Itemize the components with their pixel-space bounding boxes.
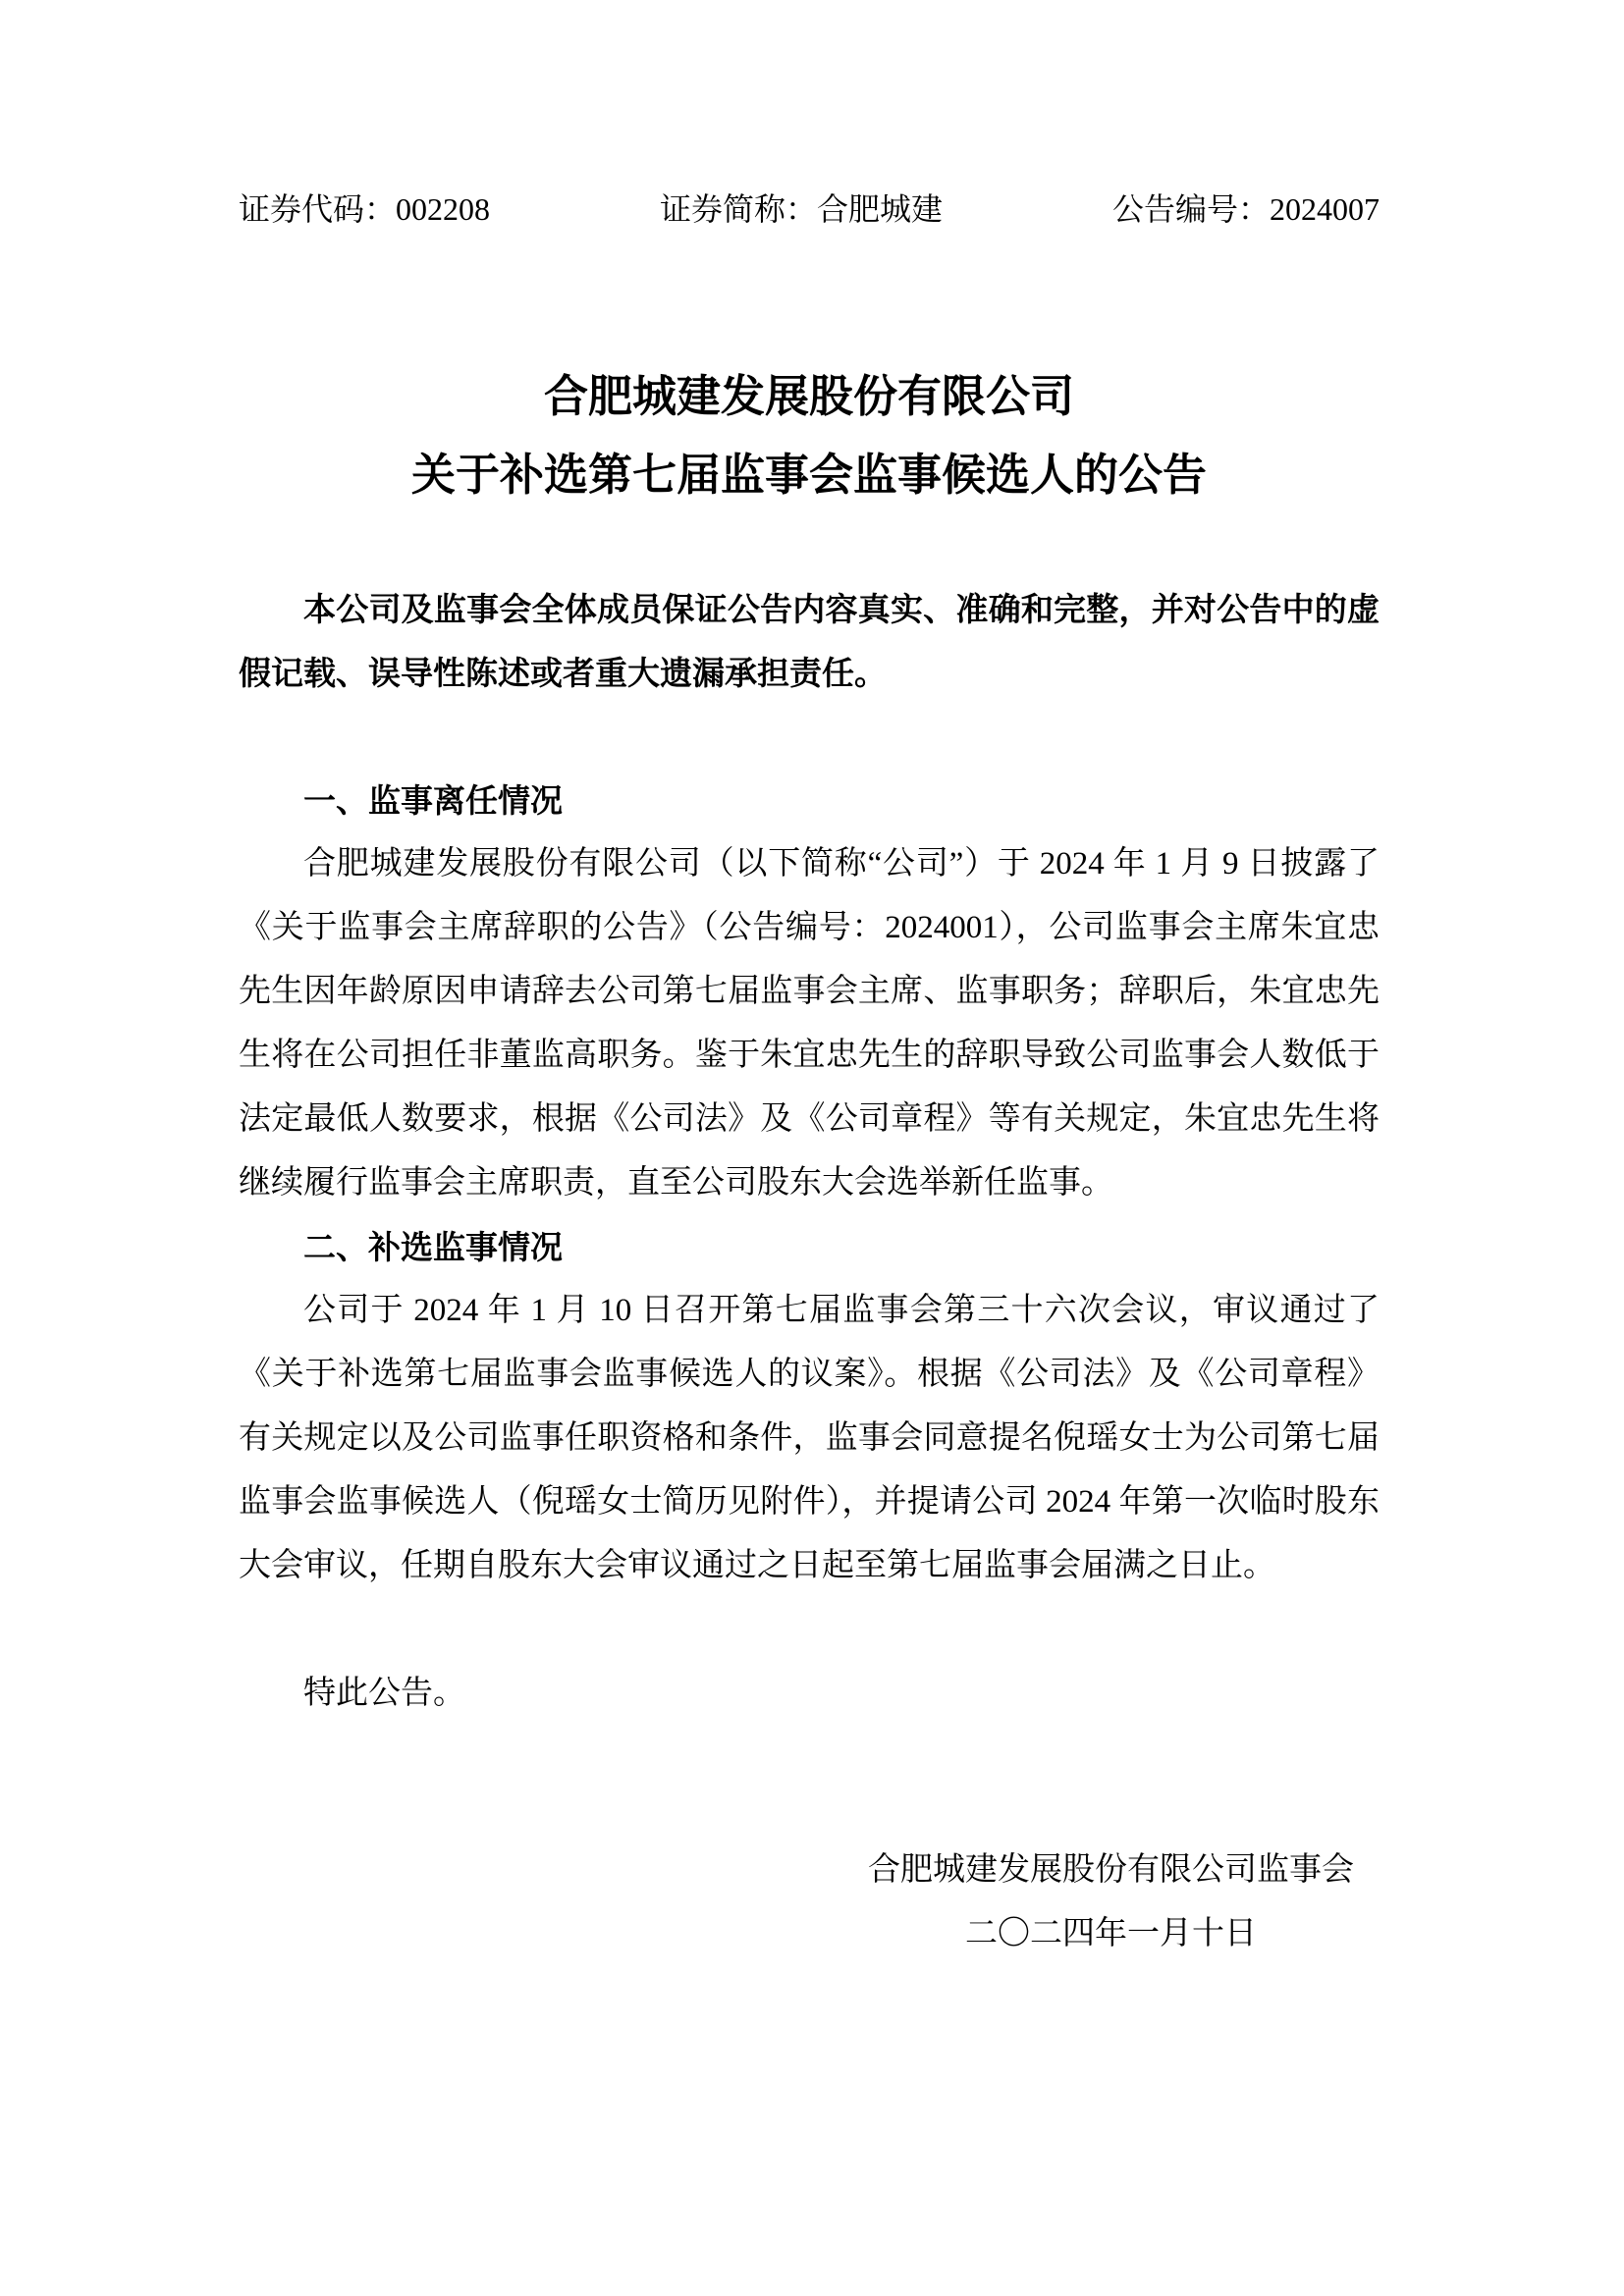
section-1-body: 合肥城建发展股份有限公司（以下简称“公司”）于 2024 年 1 月 9 日披露… (239, 832, 1380, 1215)
section-2-heading: 二、补选监事情况 (239, 1215, 1380, 1279)
announcement-title: 关于补选第七届监事会监事候选人的公告 (239, 436, 1380, 514)
announcement-page: 证券代码：002208 证券简称：合肥城建 公告编号：2024007 合肥城建发… (0, 0, 1624, 2296)
truthfulness-declaration: 本公司及监事会全体成员保证公告内容真实、准确和完整，并对公告中的虚假记载、误导性… (239, 579, 1380, 707)
signature-company: 合肥城建发展股份有限公司监事会 (868, 1839, 1354, 1902)
company-name-title: 合肥城建发展股份有限公司 (239, 357, 1380, 436)
stock-info-header: 证券代码：002208 证券简称：合肥城建 公告编号：2024007 (239, 187, 1380, 232)
signature-inner: 合肥城建发展股份有限公司监事会 二〇二四年一月十日 (868, 1839, 1354, 1966)
section-2-body: 公司于 2024 年 1 月 10 日召开第七届监事会第三十六次会议，审议通过了… (239, 1279, 1380, 1598)
announcement-number-text: 公告编号：2024007 (1112, 187, 1380, 232)
securities-abbr-text: 证券简称：合肥城建 (660, 187, 943, 232)
signature-date: 二〇二四年一月十日 (868, 1902, 1354, 1966)
closing-statement: 特此公告。 (239, 1662, 1380, 1726)
signature-block: 合肥城建发展股份有限公司监事会 二〇二四年一月十日 (239, 1839, 1380, 1966)
securities-code-text: 证券代码：002208 (239, 187, 490, 232)
section-1-heading: 一、监事离任情况 (239, 769, 1380, 832)
